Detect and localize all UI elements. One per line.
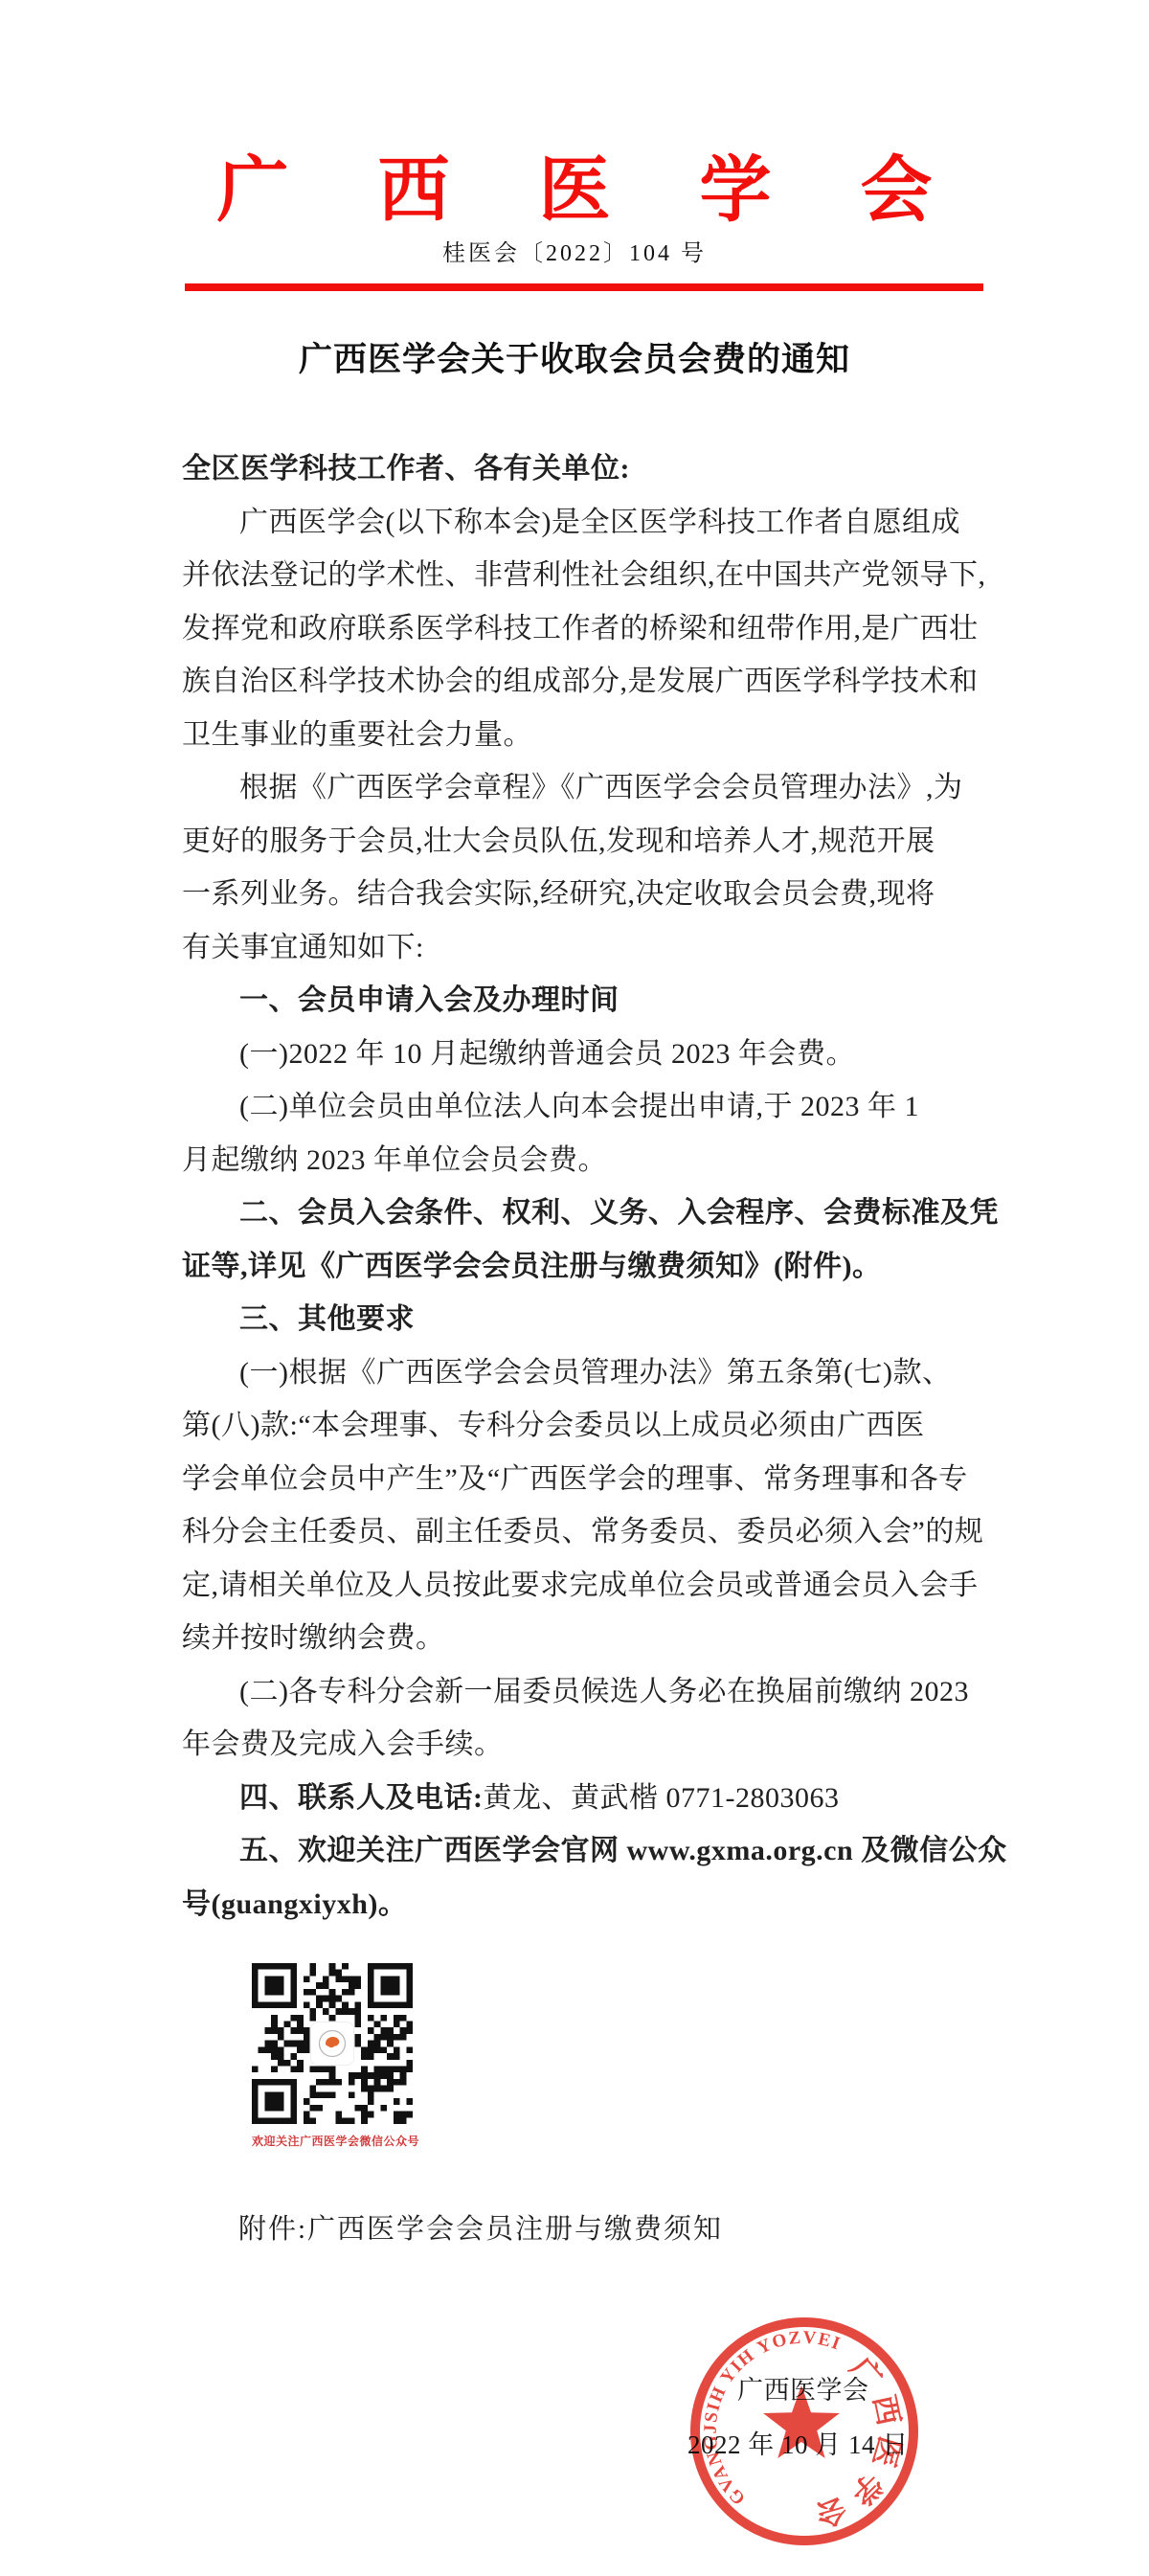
body-line: 科分会主任委员、副主任委员、常务委员、委员必须入会”的规 [182, 1505, 991, 1559]
body-text-segment: 全区医学科技工作者、各有关单位: [182, 453, 630, 485]
document-page: 广西医学会 桂医会〔2022〕104 号 广西医学会关于收取会员会费的通知 全区… [0, 0, 1149, 2576]
body-text-segment: (二)各专科分会新一届委员候选人务必在换届前缴纳 2023 [239, 1676, 969, 1707]
association-emblem-icon [315, 2026, 349, 2061]
body-text-segment: 一系列业务。结合我会实际,经研究,决定收取会员会费,现将 [182, 878, 935, 910]
body-text-segment: 年会费及完成入会手续。 [182, 1729, 504, 1760]
body-text-segment: 号(guangxiyxh)。 [182, 1888, 407, 1920]
body-line: 第(八)款:“本会理事、专科分会委员以上成员必须由广西医 [182, 1399, 991, 1453]
body-line: 年会费及完成入会手续。 [182, 1718, 991, 1772]
attachment-line: 附件:广西医学会会员注册与缴费须知 [238, 2207, 723, 2247]
body-text-segment: 二、会员入会条件、权利、义务、入会程序、会费标准及凭 [239, 1197, 999, 1229]
body-text-segment: 第(八)款:“本会理事、专科分会委员以上成员必须由广西医 [182, 1410, 925, 1441]
body-text-segment: (一)根据《广西医学会会员管理办法》第五条第(七)款、 [239, 1357, 951, 1389]
document-number: 桂医会〔2022〕104 号 [0, 239, 1149, 268]
body-line: 四、联系人及电话:黄龙、黄武楷 0771-2803063 [182, 1772, 991, 1825]
body-line: 有关事宜通知如下: [182, 921, 991, 975]
body-line: 证等,详见《广西医学会会员注册与缴费须知》(附件)。 [182, 1240, 991, 1294]
official-seal-stamp: GVANGJSIH YIH YOZVEI 广西医学会 [686, 2313, 923, 2550]
body-text-segment: 一、会员申请入会及办理时间 [239, 984, 620, 1016]
stamp-star-icon [763, 2385, 840, 2458]
body-line: 全区医学科技工作者、各有关单位: [182, 442, 991, 496]
body-text-segment: 黄龙、黄武楷 0771-2803063 [484, 1782, 840, 1814]
body-text-segment: 并依法登记的学术性、非营利性社会组织,在中国共产党领导下, [182, 559, 986, 591]
body-text-segment: 发挥党和政府联系医学科技工作者的桥梁和纽带作用,是广西壮 [182, 613, 979, 644]
body-line: 学会单位会员中产生”及“广西医学会的理事、常务理事和各专 [182, 1453, 991, 1506]
body-line: 发挥党和政府联系医学科技工作者的桥梁和纽带作用,是广西壮 [182, 602, 991, 656]
body-line: 族自治区科学技术协会的组成部分,是发展广西医学科学技术和 [182, 655, 991, 709]
body-text-segment: 证等,详见《广西医学会会员注册与缴费须知》(附件)。 [182, 1251, 881, 1282]
letterhead-divider-line [185, 283, 983, 291]
body-text-segment: 卫生事业的重要社会力量。 [182, 719, 532, 751]
body-text-segment: (一)2022 年 10 月起缴纳普通会员 2023 年会费。 [239, 1038, 855, 1070]
letterhead-org-name: 广西医学会 [0, 153, 1149, 230]
body-line: (二)各专科分会新一届委员候选人务必在换届前缴纳 2023 [182, 1665, 991, 1719]
body-line: 更好的服务于会员,壮大会员队伍,发现和培养人才,规范开展 [182, 815, 991, 869]
body-text-segment: 根据《广西医学会章程》《广西医学会会员管理办法》,为 [239, 772, 963, 803]
body-text-segment: 三、其他要求 [239, 1303, 415, 1335]
body-text-segment: 续并按时缴纳会费。 [182, 1622, 445, 1654]
body-line: 根据《广西医学会章程》《广西医学会会员管理办法》,为 [182, 761, 991, 815]
body-line: 卫生事业的重要社会力量。 [182, 709, 991, 762]
body-line: 一系列业务。结合我会实际,经研究,决定收取会员会费,现将 [182, 868, 991, 921]
body-text-segment: 学会单位会员中产生”及“广西医学会的理事、常务理事和各专 [182, 1463, 968, 1495]
body-line: 三、其他要求 [182, 1293, 991, 1346]
body-line: 号(guangxiyxh)。 [182, 1878, 991, 1932]
body-line: 续并按时缴纳会费。 [182, 1612, 991, 1665]
body-line: 广西医学会(以下称本会)是全区医学科技工作者自愿组成 [182, 496, 991, 550]
body-text-segment: 五、欢迎关注广西医学会官网 www.gxma.org.cn 及微信公众 [239, 1835, 1007, 1866]
body-text-segment: 科分会主任委员、副主任委员、常务委员、委员必须入会”的规 [182, 1516, 983, 1548]
body-line: 五、欢迎关注广西医学会官网 www.gxma.org.cn 及微信公众 [182, 1824, 991, 1878]
qr-code [252, 1963, 413, 2124]
body-line: 月起缴纳 2023 年单位会员会费。 [182, 1134, 991, 1187]
body-line: (一)2022 年 10 月起缴纳普通会员 2023 年会费。 [182, 1028, 991, 1081]
body-line: 一、会员申请入会及办理时间 [182, 974, 991, 1028]
body-text-segment: (二)单位会员由单位法人向本会提出申请,于 2023 年 1 [239, 1091, 919, 1122]
body-text-segment: 广西医学会(以下称本会)是全区医学科技工作者自愿组成 [239, 507, 960, 538]
body-text-segment: 四、联系人及电话: [239, 1782, 484, 1814]
body-text-segment: 定,请相关单位及人员按此要求完成单位会员或普通会员入会手 [182, 1570, 979, 1601]
body-line: (二)单位会员由单位法人向本会提出申请,于 2023 年 1 [182, 1080, 991, 1134]
page-title: 广西医学会关于收取会员会费的通知 [0, 342, 1149, 378]
wechat-qr-block: 欢迎关注广西医学会微信公众号 [252, 1963, 413, 2149]
body-text-segment: 更好的服务于会员,壮大会员队伍,发现和培养人才,规范开展 [182, 825, 935, 857]
body-text-segment: 月起缴纳 2023 年单位会员会费。 [182, 1144, 607, 1176]
qr-center-logo [310, 2022, 354, 2066]
body-lines: 全区医学科技工作者、各有关单位:广西医学会(以下称本会)是全区医学科技工作者自愿… [182, 442, 991, 1931]
body-line: 并依法登记的学术性、非营利性社会组织,在中国共产党领导下, [182, 549, 991, 602]
body-text-segment: 族自治区科学技术协会的组成部分,是发展广西医学科学技术和 [182, 666, 979, 697]
body-line: 定,请相关单位及人员按此要求完成单位会员或普通会员入会手 [182, 1559, 991, 1613]
body-line: 二、会员入会条件、权利、义务、入会程序、会费标准及凭 [182, 1186, 991, 1240]
body-text-segment: 有关事宜通知如下: [182, 932, 424, 963]
qr-caption: 欢迎关注广西医学会微信公众号 [252, 2133, 413, 2149]
body-line: (一)根据《广西医学会会员管理办法》第五条第(七)款、 [182, 1346, 991, 1400]
